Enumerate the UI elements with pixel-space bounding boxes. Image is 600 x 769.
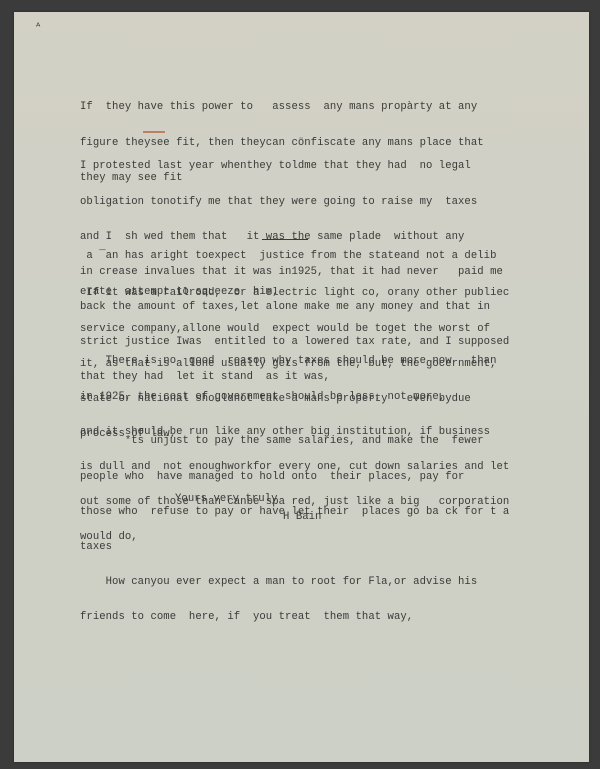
text-line: friends to come here, if you treat them … bbox=[80, 612, 509, 624]
signature: H Bain bbox=[283, 512, 321, 524]
text-line: obligation tonotify me that they were go… bbox=[80, 197, 509, 209]
text-line: a ‾an has aright toexpect justice from t… bbox=[80, 251, 496, 263]
text-line: How canyou ever expect a man to root for… bbox=[80, 577, 509, 589]
text-line: There is no good reason why taxes should… bbox=[80, 356, 509, 368]
text-line: taxes bbox=[80, 542, 509, 554]
paragraph-6: *ts unjust to pay the same salaries, and… bbox=[80, 413, 509, 635]
corner-pencil-mark: ᴬ bbox=[36, 22, 40, 33]
text-line: *ts unjust to pay the same salaries, and… bbox=[80, 436, 509, 448]
text-line: I protested last year whenthey toldme th… bbox=[80, 161, 509, 173]
closing: Yours very truly bbox=[175, 494, 278, 506]
text-line: in 1925, the cost of government should b… bbox=[80, 392, 509, 404]
text-line: If they have this power to assess any ma… bbox=[80, 102, 484, 114]
text-line: people who have managed to hold onto the… bbox=[80, 472, 509, 484]
justice-underline bbox=[262, 239, 308, 240]
text-line: If it was a railroad, or a electric ligh… bbox=[80, 288, 509, 300]
